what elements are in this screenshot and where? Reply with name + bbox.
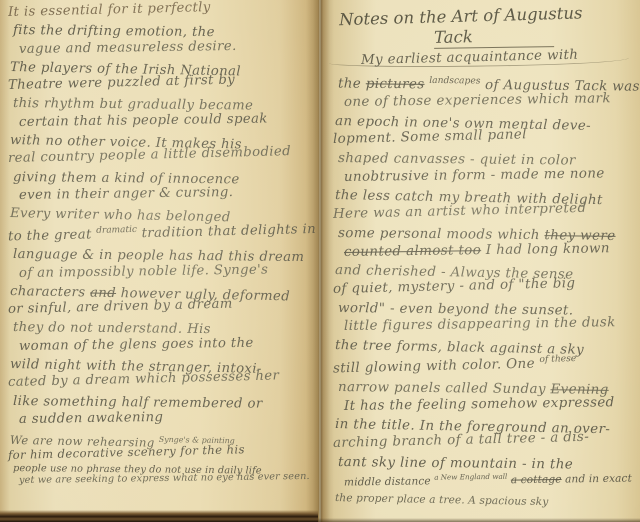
- handwritten-line: unobtrusive in form - made me none: [344, 165, 638, 188]
- text-run: some personal moods which: [338, 226, 545, 243]
- text-run: little figures disappearing in the dusk: [344, 316, 616, 335]
- text-run: Here was an artist who interpreted: [333, 201, 587, 222]
- text-run: one of those experiences which mark: [344, 91, 611, 110]
- handwritten-line: even in their anger & cursing.: [19, 183, 317, 205]
- text-run: of an impossibly noble life. Synge's: [19, 262, 269, 280]
- handwritten-line: the proper place a tree. A spacious sky: [335, 491, 638, 511]
- handwritten-line: vague and measureless desire.: [19, 36, 317, 58]
- handwritten-line: certain that his people could speak: [19, 110, 317, 132]
- struck-text: pictures: [366, 76, 425, 92]
- handwritten-line: My earliest acquaintance with: [361, 45, 638, 70]
- inserted-text: dramatic: [96, 224, 137, 235]
- text-run: or sinful, are driven by a dream: [8, 297, 233, 317]
- handwritten-line: counted almost too I had long known: [344, 239, 638, 262]
- inserted-text: of these: [539, 354, 576, 365]
- right-page-title: Notes on the Art of Augustus Tack: [321, 0, 640, 50]
- struck-text: counted almost too: [344, 243, 481, 260]
- text-run: of quiet, mystery - and of "the big: [333, 276, 576, 297]
- text-run: My earliest acquaintance with: [361, 48, 579, 68]
- right-page: Notes on the Art of Augustus Tack My ear…: [321, 0, 640, 522]
- text-run: vague and measureless desire.: [19, 39, 237, 57]
- inserted-text: a New England wall: [434, 472, 507, 482]
- text-run: still glowing with color. One: [333, 356, 540, 376]
- title-line-1: Notes on the Art of Augustus: [339, 2, 640, 29]
- text-run: characters: [10, 284, 90, 301]
- text-run: It is essential for it perfectly: [8, 0, 211, 20]
- text-run: Theatre were puzzled at first by: [8, 73, 235, 94]
- text-run: I had long known: [481, 241, 610, 258]
- handwritten-line: It has the feeling somehow expressed: [344, 393, 638, 416]
- handwritten-line: It is essential for it perfectly: [8, 0, 317, 22]
- text-run: the proper place a tree. A spacious sky: [335, 492, 549, 508]
- book-bottom-edge: [0, 510, 318, 522]
- text-run: certain that his people could speak: [19, 111, 268, 129]
- text-run: a sudden awakening: [19, 410, 164, 427]
- handwritten-line: yet we are seeking to express what no ey…: [19, 471, 317, 488]
- text-run: even in their anger & cursing.: [19, 185, 233, 203]
- right-page-text: My earliest acquaintance withthe picture…: [321, 50, 640, 505]
- text-run: lopment. Some small panel: [333, 128, 527, 148]
- text-run: and in exact: [562, 473, 632, 486]
- text-run: the: [338, 76, 366, 91]
- text-run: to the great: [8, 227, 97, 244]
- text-run: yet we are seeking to express what no ey…: [19, 471, 310, 486]
- struck-text: a cottage: [511, 474, 562, 487]
- text-run: unobtrusive in form - made me none: [344, 166, 605, 185]
- handwritten-line: woman of the glens goes into the: [19, 334, 317, 356]
- title-line-2: Tack: [434, 26, 554, 49]
- scan-bottom-edge: [318, 518, 640, 522]
- text-run: middle distance: [344, 476, 434, 489]
- left-page-text: It is essential for it perfectlyfits the…: [0, 0, 319, 488]
- handwritten-line: little figures disappearing in the dusk: [344, 314, 638, 337]
- handwritten-line: of an impossibly noble life. Synge's: [19, 260, 317, 282]
- handwritten-line: a sudden awakening: [19, 407, 317, 429]
- notebook-scan: It is essential for it perfectlyfits the…: [0, 0, 640, 522]
- text-run: It has the feeling somehow expressed: [344, 395, 615, 414]
- left-page: It is essential for it perfectlyfits the…: [0, 0, 319, 522]
- text-run: woman of the glens goes into the: [19, 335, 254, 353]
- handwritten-line: one of those experiences which mark: [344, 90, 638, 113]
- text-run: tradition that delights in: [137, 221, 316, 240]
- handwritten-line: middle distance a New England wall a cot…: [344, 468, 638, 490]
- inserted-text: landscapes: [429, 76, 480, 87]
- text-run: narrow panels called Sunday: [338, 380, 551, 397]
